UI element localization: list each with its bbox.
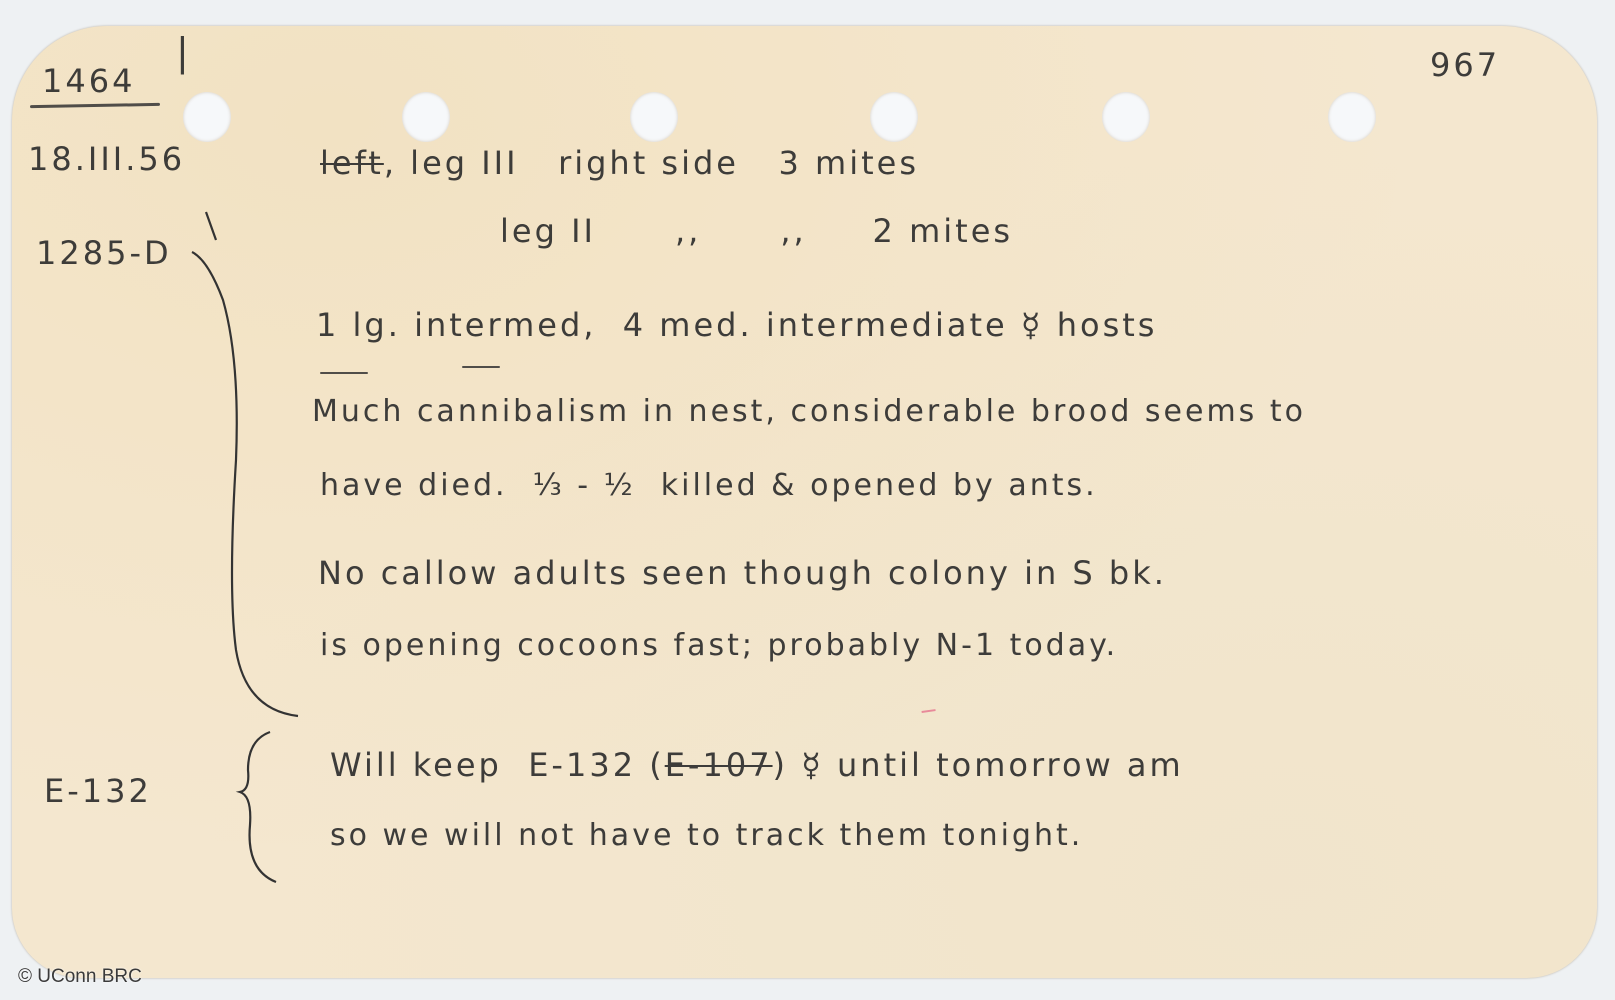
punch-hole bbox=[183, 92, 231, 142]
note-text: , leg III right side 3 mites bbox=[384, 144, 919, 182]
copyright-watermark: © UConn BRC bbox=[18, 966, 142, 988]
note-line-1: left, leg III right side 3 mites bbox=[320, 144, 919, 182]
note-line-7: is opening cocoons fast; probably N-1 to… bbox=[320, 628, 1118, 663]
note-line-2: leg II ,, ,, 2 mites bbox=[500, 212, 1013, 250]
note-line-3: 1 lg. intermed, 4 med. intermediate ☿ ho… bbox=[316, 306, 1157, 344]
punch-hole bbox=[1102, 92, 1150, 142]
catalog-number: 1464 bbox=[42, 62, 135, 100]
top-tick-mark: | bbox=[176, 30, 192, 74]
note-text: ) ☿ until tomorrow am bbox=[773, 746, 1184, 784]
note-line-8: Will keep E-132 (E-107) ☿ until tomorrow… bbox=[330, 746, 1184, 784]
date: 18.III.56 bbox=[28, 140, 185, 178]
brace-icon bbox=[188, 210, 328, 730]
note-text: Will keep E-132 ( bbox=[330, 746, 665, 784]
note-line-6: No callow adults seen though colony in S… bbox=[318, 554, 1167, 592]
punch-hole bbox=[1328, 92, 1376, 142]
dash-mark bbox=[320, 372, 368, 374]
dash-mark bbox=[462, 366, 500, 368]
colony-label-e-132: E-132 bbox=[44, 772, 152, 810]
page-number: 967 bbox=[1430, 46, 1500, 84]
struck-word: left bbox=[320, 144, 384, 182]
punch-hole bbox=[402, 92, 450, 142]
note-line-5: have died. ⅓ - ½ killed & opened by ants… bbox=[320, 468, 1098, 503]
struck-word: E-107 bbox=[665, 746, 773, 784]
colony-label-1285-d: 1285-D bbox=[36, 234, 172, 272]
note-line-9: so we will not have to track them tonigh… bbox=[330, 818, 1083, 853]
note-line-4: Much cannibalism in nest, considerable b… bbox=[312, 394, 1306, 429]
brace-icon bbox=[232, 730, 312, 900]
punch-hole bbox=[630, 92, 678, 142]
punch-hole bbox=[870, 92, 918, 142]
